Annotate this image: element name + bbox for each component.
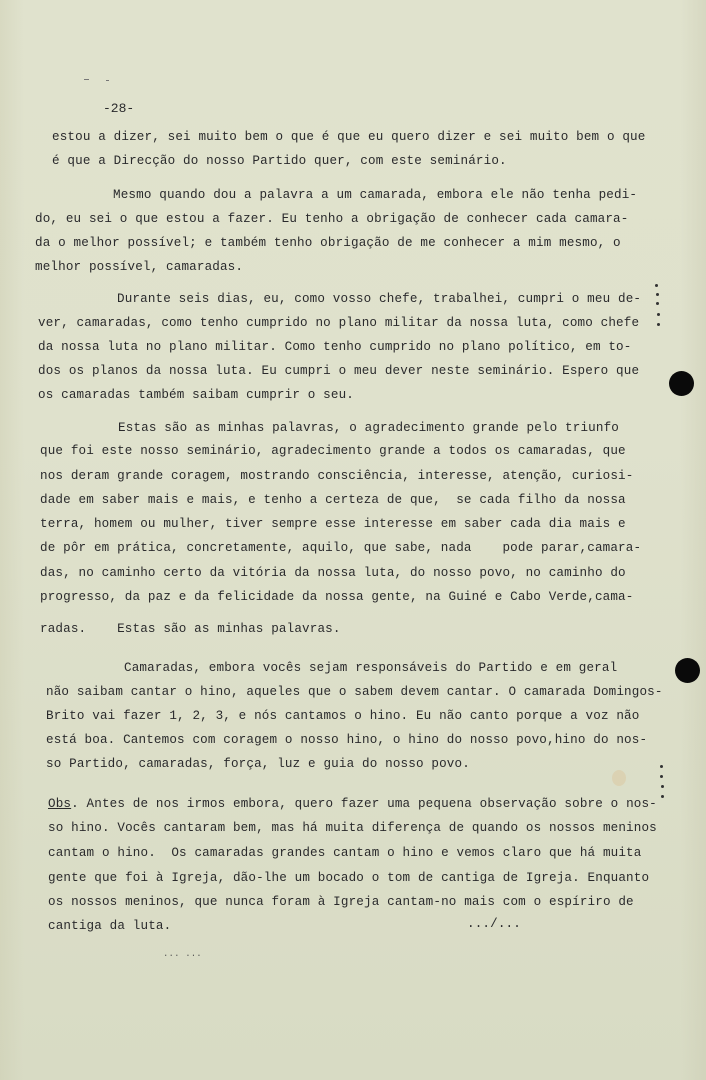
text-line: está boa. Cantemos com coragem o nosso h… [46, 732, 647, 748]
text-line: dade em saber mais e mais, e tenho a cer… [40, 492, 626, 508]
text-line: gente que foi à Igreja, dão-lhe um bocad… [48, 870, 649, 886]
text-line: Camaradas, embora vocês sejam responsáve… [124, 660, 617, 676]
ink-speck [656, 302, 659, 305]
ink-speck [655, 284, 658, 287]
paper-stain [612, 770, 626, 786]
scanned-document-page: -28- estou a dizer, sei muito bem o que … [0, 0, 706, 1080]
ink-speck [660, 765, 663, 768]
text-line: so Partido, camaradas, força, luz e guia… [46, 756, 470, 772]
text-line: os nossos meninos, que nunca foram à Igr… [48, 894, 634, 910]
text-line: estou a dizer, sei muito bem o que é que… [52, 129, 645, 145]
page-number: -28- [103, 101, 134, 116]
text-line: Brito vai fazer 1, 2, 3, e nós cantamos … [46, 708, 639, 724]
ink-speck [657, 313, 660, 316]
ink-speck [661, 795, 664, 798]
text-line: do, eu sei o que estou a fazer. Eu tenho… [35, 211, 628, 227]
scan-mark [84, 79, 89, 80]
obs-first-line-text: . Antes de nos irmos embora, quero fazer… [71, 797, 657, 811]
footer-dots: ... ... [163, 946, 202, 962]
text-line: nos deram grande coragem, mostrando cons… [40, 468, 633, 484]
text-line: terra, homem ou mulher, tiver sempre ess… [40, 516, 626, 532]
text-line: dos os planos da nossa luta. Eu cumpri o… [38, 363, 639, 379]
text-line: Durante seis dias, eu, como vosso chefe,… [117, 291, 641, 307]
text-line: radas. Estas são as minhas palavras. [40, 621, 341, 637]
text-line: de pôr em prática, concretamente, aquilo… [40, 540, 641, 556]
ink-speck [657, 323, 660, 326]
text-line: so hino. Vocês cantaram bem, mas há muit… [48, 820, 657, 836]
text-line: Estas são as minhas palavras, o agradeci… [118, 420, 619, 436]
text-line: é que a Direcção do nosso Partido quer, … [52, 153, 507, 169]
ink-speck [660, 775, 663, 778]
text-line: cantiga da luta. [48, 918, 171, 934]
text-line: não saibam cantar o hino, aqueles que o … [46, 684, 663, 700]
punch-hole [669, 371, 694, 396]
text-line: que foi este nosso seminário, agradecime… [40, 443, 626, 459]
text-line: progresso, da paz e da felicidade da nos… [40, 589, 633, 605]
punch-hole [675, 658, 700, 683]
text-line: das, no caminho certo da vitória da noss… [40, 565, 626, 581]
text-line: cantam o hino. Os camaradas grandes cant… [48, 845, 641, 861]
scan-mark [106, 80, 109, 81]
text-line: da nossa luta no plano militar. Como ten… [38, 339, 631, 355]
text-line: da o melhor possível; e também tenho obr… [35, 235, 621, 251]
text-line: ver, camaradas, como tenho cumprido no p… [38, 315, 639, 331]
ink-speck [661, 785, 664, 788]
text-line: melhor possível, camaradas. [35, 259, 243, 275]
text-line: Mesmo quando dou a palavra a um camarada… [113, 187, 637, 203]
obs-label: Obs [48, 797, 71, 811]
text-line: os camaradas também saibam cumprir o seu… [38, 387, 354, 403]
ink-speck [656, 293, 659, 296]
obs-first-line: Obs. Antes de nos irmos embora, quero fa… [48, 796, 657, 812]
continuation-mark: .../... [467, 916, 521, 932]
